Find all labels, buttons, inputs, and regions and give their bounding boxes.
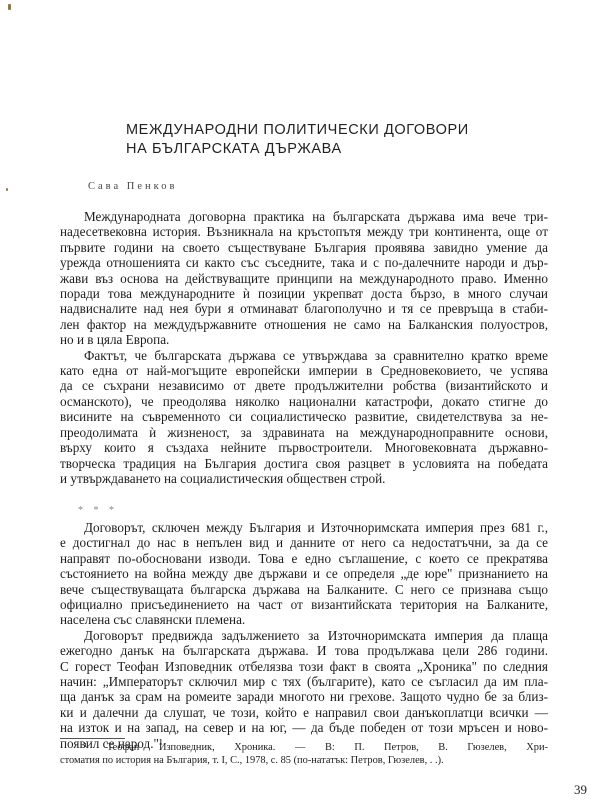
text-line: населена със славянски племена. xyxy=(60,612,548,627)
text-line: върху които я създаха нейните първострои… xyxy=(60,440,548,455)
text-line: творческа традиция на България достига с… xyxy=(60,456,548,471)
scan-speck xyxy=(6,188,8,191)
text-line: С горест Теофан Изповедник отбелязва тоз… xyxy=(60,659,548,674)
footnote-rule xyxy=(60,738,125,739)
text-line: състоянието на война между две държави и… xyxy=(60,566,548,581)
text-line: ежегодно данък на българската държава. И… xyxy=(60,643,548,658)
text-line: Фактът, че българската държава се утвърж… xyxy=(60,348,548,363)
text-line: начин: „Императорът сключил мир с тях (б… xyxy=(60,674,548,689)
footnote-line: ¹ Теофан Изповедник, Хроника. — В: П. Пе… xyxy=(60,741,548,754)
title-line: НА БЪЛГАРСКАТА ДЪРЖАВА xyxy=(126,140,546,159)
page-number: 39 xyxy=(574,782,587,798)
text-line: османското), че преодолява няколко нацио… xyxy=(60,394,548,409)
text-line: ки и далечни да слушат, че този, който е… xyxy=(60,705,548,720)
footnote-line: стоматия по история на България, т. I, С… xyxy=(60,754,548,767)
article-title: МЕЖДУНАРОДНИ ПОЛИТИЧЕСКИ ДОГОВОРИ НА БЪЛ… xyxy=(126,121,546,159)
text-line: направят по-обосновани изводи. Това е ед… xyxy=(60,551,548,566)
text-line: висините на съвременното си социалистиче… xyxy=(60,409,548,424)
text-line: поради това международните ѝ позиции укр… xyxy=(60,286,548,301)
text-line: официално присъединението на част от виз… xyxy=(60,597,548,612)
text-line: но и в цяла Европа. xyxy=(60,332,548,347)
text-line: Международната договорна практика на бъл… xyxy=(60,209,548,224)
footnote: ¹ Теофан Изповедник, Хроника. — В: П. Пе… xyxy=(60,741,548,767)
text-line: Договорът, сключен между България и Изто… xyxy=(60,520,548,535)
text-line: надвисналите над нея бури я отминават бл… xyxy=(60,301,548,316)
text-line: ща данък за срам на ромеите заради много… xyxy=(60,689,548,704)
text-line: преодолимата ѝ жизненост, за здравината … xyxy=(60,425,548,440)
text-line: лен фактор на междудържавните отношения … xyxy=(60,317,548,332)
scan-speck xyxy=(8,4,11,10)
text-line: да се съхрани независимо от двете продъл… xyxy=(60,378,548,393)
text-line: жави въз основа на действуващите принцип… xyxy=(60,271,548,286)
text-line: надесетвековна история. Възникнала на кр… xyxy=(60,224,548,239)
text-line: Договорът предвижда задължението за Изто… xyxy=(60,628,548,643)
text-line: урежда отношенията си както със съседнит… xyxy=(60,255,548,270)
section-separator: * * * xyxy=(78,505,118,516)
text-line: първите години на своето съществуване Бъ… xyxy=(60,240,548,255)
text-line: вече съществуващата българска държава на… xyxy=(60,582,548,597)
section-2-text: Договорът, сключен между България и Изто… xyxy=(60,520,548,751)
text-line: е достигнал до нас в непълен вид и данни… xyxy=(60,535,548,550)
section-1-text: Международната договорна практика на бъл… xyxy=(60,209,548,486)
text-line: като една от най-могъщите европейски имп… xyxy=(60,363,548,378)
text-line: на изток и на запад, на север и на юг, —… xyxy=(60,720,548,735)
text-line: и утвърждаването на социалистическия общ… xyxy=(60,471,548,486)
title-line: МЕЖДУНАРОДНИ ПОЛИТИЧЕСКИ ДОГОВОРИ xyxy=(126,121,546,140)
author-name: Сава Пенков xyxy=(88,181,177,192)
